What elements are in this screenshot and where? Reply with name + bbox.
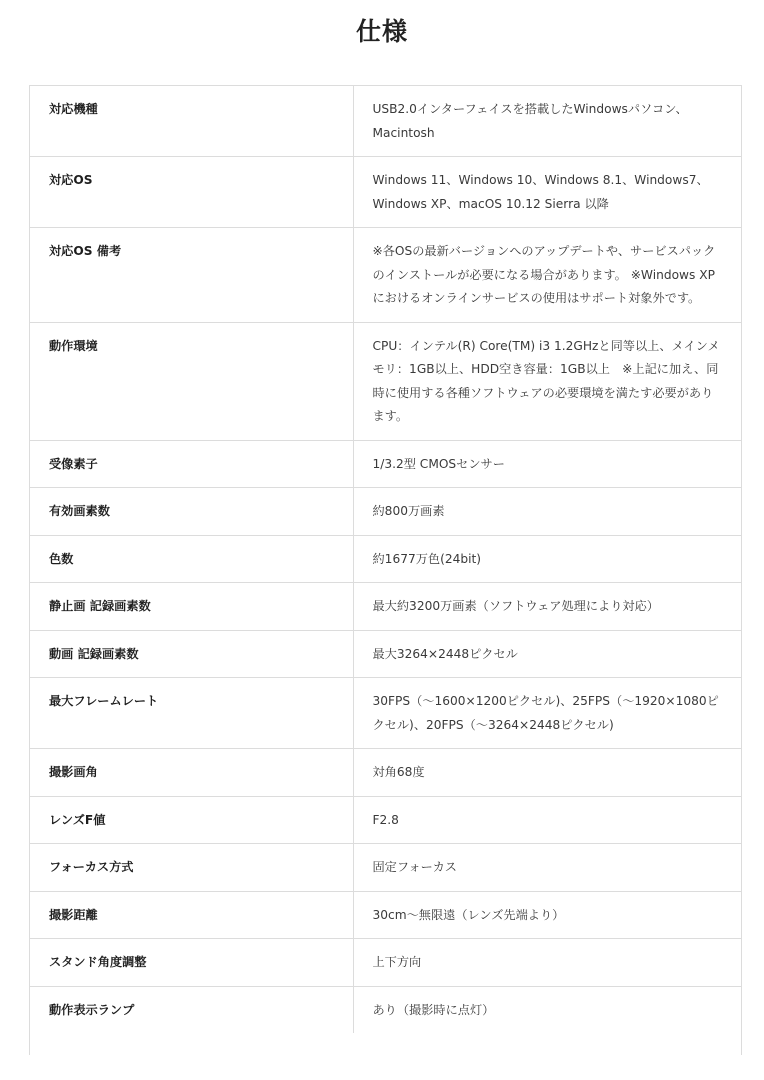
table-row: 対応OS 備考 ※各OSの最新バージョンへのアップデートや、サービスパックのイン… [30,228,741,323]
table-row: 動作表示ランプ あり（撮影時に点灯） [30,986,741,1033]
spec-label: フォーカス方式 [30,844,353,892]
spec-label: 対応OS 備考 [30,228,353,323]
table-row: 動作環境 CPU：インテル(R) Core(TM) i3 1.2GHzと同等以上… [30,322,741,440]
spec-table-container: 対応機種 USB2.0インターフェイスを搭載したWindowsパソコン、Maci… [29,85,742,1055]
spec-value: 約1677万色(24bit) [353,535,741,583]
table-row: 動画 記録画素数 最大3264×2448ピクセル [30,630,741,678]
table-row: 静止画 記録画素数 最大約3200万画素（ソフトウェア処理により対応） [30,583,741,631]
spec-label: 動画 記録画素数 [30,630,353,678]
table-row: 対応機種 USB2.0インターフェイスを搭載したWindowsパソコン、Maci… [30,86,741,157]
spec-value: 対角68度 [353,749,741,797]
table-row: 受像素子 1/3.2型 CMOSセンサー [30,440,741,488]
table-row: 有効画素数 約800万画素 [30,488,741,536]
spec-label: 対応機種 [30,86,353,157]
spec-label: 撮影画角 [30,749,353,797]
spec-value: F2.8 [353,796,741,844]
table-row: スタンド角度調整 上下方向 [30,939,741,987]
spec-value: 30FPS（〜1600×1200ピクセル)、25FPS（〜1920×1080ピク… [353,678,741,749]
spec-value: 1/3.2型 CMOSセンサー [353,440,741,488]
spec-label: 色数 [30,535,353,583]
spec-value: 最大3264×2448ピクセル [353,630,741,678]
spec-value: 30cm〜無限遠（レンズ先端より） [353,891,741,939]
spec-label: スタンド角度調整 [30,939,353,987]
spec-label: 静止画 記録画素数 [30,583,353,631]
spec-label: 動作表示ランプ [30,986,353,1033]
spec-value: 最大約3200万画素（ソフトウェア処理により対応） [353,583,741,631]
table-row: 撮影画角 対角68度 [30,749,741,797]
spec-value: あり（撮影時に点灯） [353,986,741,1033]
spec-value: Windows 11、Windows 10、Windows 8.1、Window… [353,157,741,228]
spec-label: 最大フレームレート [30,678,353,749]
spec-value: USB2.0インターフェイスを搭載したWindowsパソコン、Macintosh [353,86,741,157]
page-title: 仕様 [0,14,764,50]
spec-label: レンズF値 [30,796,353,844]
spec-value: 固定フォーカス [353,844,741,892]
spec-value: 約800万画素 [353,488,741,536]
spec-label: 撮影距離 [30,891,353,939]
table-row: 撮影距離 30cm〜無限遠（レンズ先端より） [30,891,741,939]
table-row: 色数 約1677万色(24bit) [30,535,741,583]
spec-label: 動作環境 [30,322,353,440]
spec-label: 有効画素数 [30,488,353,536]
table-row: 最大フレームレート 30FPS（〜1600×1200ピクセル)、25FPS（〜1… [30,678,741,749]
spec-table: 対応機種 USB2.0インターフェイスを搭載したWindowsパソコン、Maci… [30,85,741,1033]
spec-label: 対応OS [30,157,353,228]
table-row: フォーカス方式 固定フォーカス [30,844,741,892]
table-row: レンズF値 F2.8 [30,796,741,844]
spec-value: 上下方向 [353,939,741,987]
spec-label: 受像素子 [30,440,353,488]
spec-value: ※各OSの最新バージョンへのアップデートや、サービスパックのインストールが必要に… [353,228,741,323]
spec-value: CPU：インテル(R) Core(TM) i3 1.2GHzと同等以上、メインメ… [353,322,741,440]
table-row: 対応OS Windows 11、Windows 10、Windows 8.1、W… [30,157,741,228]
